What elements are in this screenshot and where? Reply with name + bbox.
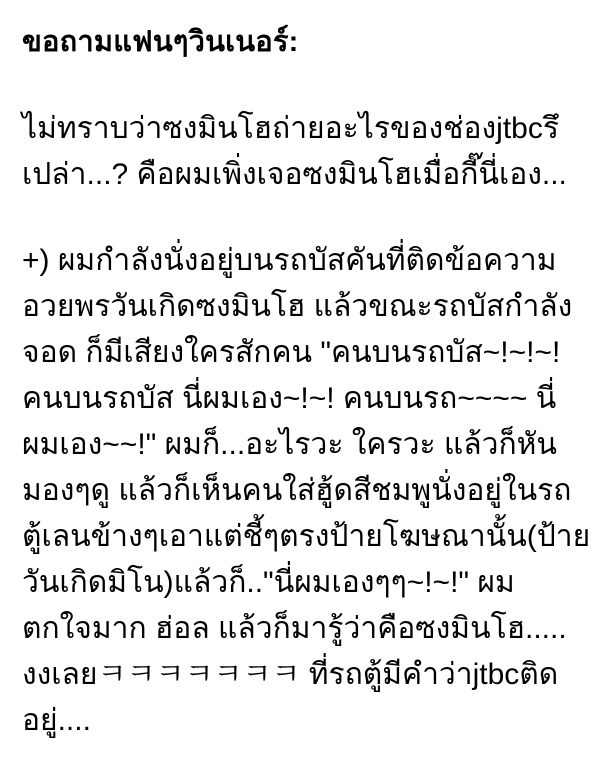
post-line: งงเลยㅋㅋㅋㅋㅋㅋㅋ ที่รถตู้มีคำว่าjtbcติด: [22, 652, 580, 698]
post-line: ตกใจมาก ฮ่อล แล้วก็มารู้ว่าคือซงมินโฮ...…: [22, 606, 580, 652]
post-paragraph: ไม่ทราบว่าซงมินโฮถ่ายอะไรของช่องjtbcรึ เ…: [22, 106, 580, 198]
post-line: ตู้เลนข้างๆเอาแต่ชี้ๆตรงป้ายโฆษณานั้น(ป้…: [22, 514, 580, 560]
post-line: เปล่า...? คือผมเพิ่งเจอซงมินโฮเมื่อกี๊นี…: [22, 152, 580, 198]
post-line: +) ผมกำลังนั่งอยู่บนรถบัสคันที่ติดข้อควา…: [22, 238, 580, 284]
post-line: จอด ก็มีเสียงใครสักคน "คนบนรถบัส~!~!~!: [22, 330, 580, 376]
post-line: มองๆดู แล้วก็เห็นคนใส่ฮู้ดสีชมพูนั่งอยู่…: [22, 468, 580, 514]
post-text-block: ขอถามแฟนๆวินเนอร์: ไม่ทราบว่าซงมินโฮถ่าย…: [0, 0, 600, 744]
post-line: ผมเอง~~!" ผมก็...อะไรวะ ใครวะ แล้วก็หัน: [22, 422, 580, 468]
post-line: คนบนรถบัส นี่ผมเอง~!~! คนบนรถ~~~~ นี่: [22, 376, 580, 422]
post-line: วันเกิดมิโน)แล้วก็.."นี่ผมเองๆๆ~!~!" ผม: [22, 560, 580, 606]
post-title: ขอถามแฟนๆวินเนอร์:: [22, 22, 580, 62]
post-line: อวยพรวันเกิดซงมินโฮ แล้วขณะรถบัสกำลัง: [22, 284, 580, 330]
post-line: อยู่....: [22, 698, 580, 744]
post-paragraph: +) ผมกำลังนั่งอยู่บนรถบัสคันที่ติดข้อควา…: [22, 238, 580, 744]
post-line: ไม่ทราบว่าซงมินโฮถ่ายอะไรของช่องjtbcรึ: [22, 106, 580, 152]
